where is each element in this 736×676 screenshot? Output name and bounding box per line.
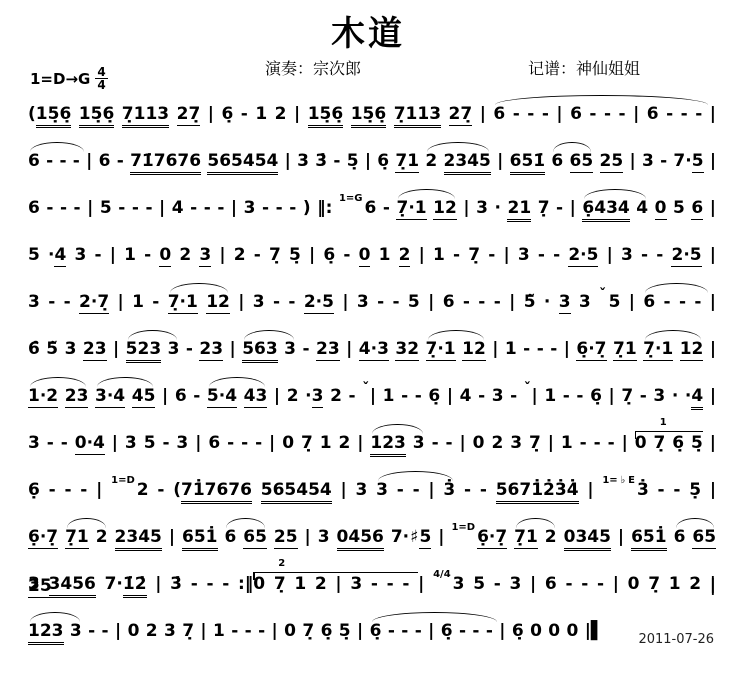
sixteenth-beam: 15̣6̣ — [79, 104, 115, 126]
eighth-beam: 3·4 — [95, 386, 125, 408]
eighth-beam: 5·4 — [207, 386, 237, 408]
eighth-beam: 7̣1 — [514, 527, 538, 549]
eighth-beam: 43 — [244, 386, 268, 408]
eighth-beam: 7̣·1 — [168, 292, 198, 314]
slur-arc: 5·4 43 — [207, 386, 267, 406]
eighth-beam: 0·4 — [75, 433, 105, 455]
eighth-beam: 5 — [419, 527, 431, 549]
eighth-beam: 23 — [199, 339, 223, 361]
volta-bracket: 10 7̣ 6̣ 5̣ — [635, 431, 703, 453]
breath-mark: ˇ — [524, 381, 532, 397]
slur-arc: 1·2 23 — [28, 386, 88, 406]
eighth-beam: 27̣ — [449, 104, 473, 126]
eighth-beam: 32 — [395, 339, 419, 361]
volta-bracket: 20 7̣ 1 2 | 3 - - - — [253, 572, 418, 594]
eighth-beam: 2·5 — [671, 245, 701, 267]
score-line-4: 5 ·4 3 - | 1 - 0 2 3 | 2 - 7̣ 5̣ | 6̣ - … — [28, 232, 716, 279]
eighth-beam: 2·5 — [568, 245, 598, 267]
sixteenth-beam: 123 — [28, 621, 64, 643]
eighth-beam: 7̣1 — [613, 339, 637, 361]
song-title: 木道 — [0, 6, 736, 55]
sixteenth-beam: 563 — [242, 339, 278, 361]
eighth-beam: 12 — [680, 339, 704, 361]
sixteenth-beam: 71̇7676 — [181, 480, 252, 502]
sixteenth-beam: 1̇2̇ — [123, 574, 147, 596]
slur-arc: 7̣1 2 — [65, 527, 107, 547]
eighth-beam: 4 — [54, 245, 66, 267]
eighth-beam: 0 — [159, 245, 171, 267]
slur-arc: 523 3 — [126, 339, 180, 359]
eighth-beam: 4·3 — [359, 339, 389, 361]
slur-arc: 6 65 — [674, 527, 716, 547]
score-line-5: 3 - - 2·7̣ | 1 - 7̣·1 12 | 3 - - 2·5 | 3… — [28, 279, 716, 326]
transcriber-credit: 记谱：神仙姐姐 — [528, 56, 640, 79]
eighth-beam: 3 — [559, 292, 571, 314]
score-line-7: 1·2 23 3·4 45 | 6 - 5·4 43 | 2 ·3 2 - ˇ|… — [28, 373, 716, 420]
breath-mark: ˇ — [599, 287, 608, 303]
eighth-beam: 23 — [83, 339, 107, 361]
score-line-11: 3 3456 7·1̇2̇ | 3̇ - - - :‖20 7̣ 1 2 | 3… — [28, 561, 716, 608]
sixteenth-beam: 651̇ — [182, 527, 218, 549]
sixteenth-beam: 15̣6̣ — [308, 104, 344, 126]
slur-arc: 6 65 — [224, 527, 266, 547]
slur-arc: 6̣434 4 — [582, 198, 648, 218]
sixteenth-beam: 71̇7676 — [130, 151, 201, 173]
key-change-label: 1=D — [111, 475, 135, 486]
eighth-beam: 0 — [359, 245, 371, 267]
sheet-music-page: { "header": { "title": "木道", "performer"… — [0, 0, 736, 676]
eighth-beam: 12 — [206, 292, 230, 314]
eighth-beam: 65 — [570, 151, 594, 173]
sixteenth-beam: 0345 — [564, 527, 611, 549]
slur-arc: 6 - - - | 6 - - - | 6 - - - — [493, 104, 709, 124]
score-line-9: 6̣ - - - | 1=D2 - (71̇7676 565454 | 3 3 … — [28, 467, 716, 514]
eighth-beam: 6̣·7̣ — [477, 527, 507, 549]
key-time-signature: 1=D→G 4 4 — [30, 66, 108, 91]
key-change-label: 4/4 — [433, 569, 451, 580]
sixteenth-beam: 6̣434 — [582, 198, 629, 220]
score-line-12: 123 3 - - | 0 2 3 7̣ | 1 - - - | 0 7̣ 6̣… — [28, 608, 716, 655]
sixteenth-beam: 7̣113 — [122, 104, 169, 126]
eighth-beam: 25 — [600, 151, 624, 173]
sixteenth-beam: 565454 — [207, 151, 278, 173]
eighth-beam: 12 — [433, 198, 457, 220]
slur-arc: 7̣·1 12 — [168, 292, 230, 312]
eighth-beam: 6̣·7̣ — [576, 339, 606, 361]
score-line-2: 6 - - - | 6 - 71̇7676 565454 | 3 3̇ - 5̣… — [28, 138, 716, 185]
breath-mark: ˇ — [362, 381, 370, 397]
key-change-label: 1=♭E — [602, 475, 635, 486]
eighth-beam: 27̣ — [177, 104, 201, 126]
eighth-beam: 7̣1 — [395, 151, 419, 173]
key-label: 1=D→G — [30, 70, 90, 88]
eighth-beam: 3 — [199, 245, 211, 267]
sixteenth-beam: 2345 — [115, 527, 162, 549]
slur-arc: 7̣1 2 — [514, 527, 556, 547]
slur-arc: 6̣ - - - | 6̣ - - - — [370, 621, 500, 641]
eighth-beam: 45 — [132, 386, 156, 408]
slur-arc: 7̣·1 12 — [643, 339, 703, 359]
eighth-beam: 3 — [312, 386, 324, 408]
sixteenth-beam: 7̣113 — [394, 104, 441, 126]
eighth-beam: 6̣·7̣ — [28, 527, 58, 549]
key-change-label: 1=G — [339, 193, 363, 204]
eighth-beam: 23 — [65, 386, 89, 408]
eighth-beam: 7̣·1 — [426, 339, 456, 361]
sixteenth-beam: 4 — [691, 386, 703, 408]
slur-arc: 2 2345 — [425, 151, 490, 171]
eighth-beam: 23 — [316, 339, 340, 361]
eighth-beam: 5 — [692, 151, 704, 173]
eighth-beam: 1·2 — [28, 386, 58, 408]
eighth-beam: 65 — [243, 527, 267, 549]
time-signature-bottom: 4 — [95, 79, 107, 91]
score-body: (15̣6̣ 15̣6̣ 7̣113 27̣ | 6̣ - 1 2 | 15̣6… — [28, 91, 716, 655]
sixteenth-beam: 565454 — [261, 480, 332, 502]
slur-arc: 7̣·1 12 — [426, 339, 486, 359]
sixteenth-beam: 523 — [126, 339, 162, 361]
eighth-beam: 0 — [655, 198, 667, 220]
sixteenth-beam: 15̣6̣ — [351, 104, 387, 126]
slur-arc: 6 - - - — [643, 292, 709, 312]
sixteenth-beam: 3456 — [49, 574, 96, 596]
score-line-6: 6̑ 5̃ 3 23 | 523 3 - 23 | 563 3 - 23 | 4… — [28, 326, 716, 373]
sixteenth-beam: 651̇ — [510, 151, 546, 173]
score-line-10: 6̣·7̣ 7̣1 2 2345 | 651̇ 6 65 25 | 3 0456… — [28, 514, 716, 561]
eighth-beam: 7̣·1 — [643, 339, 673, 361]
eighth-beam: 65 — [692, 527, 716, 549]
slur-arc: 123 3 — [370, 433, 424, 453]
eighth-beam: 2·5 — [304, 292, 334, 314]
score-line-3: 6 - - - | 5 - - - | 4 - - - | 3 - - - ) … — [28, 185, 716, 232]
score-line-1: (15̣6̣ 15̣6̣ 7̣113 27̣ | 6̣ - 1 2 | 15̣6… — [28, 91, 716, 138]
slur-arc: 3 - - | 3̇ — [376, 480, 455, 500]
key-change-label: 1=D — [451, 522, 475, 533]
sixteenth-beam: 5671̇2̇3̇4̇ — [496, 480, 579, 502]
slur-arc: 563 3 — [242, 339, 296, 359]
time-signature: 4 4 — [95, 66, 107, 91]
sixteenth-beam: 15̣6̣ — [36, 104, 72, 126]
eighth-beam: 7̣·1 — [396, 198, 426, 220]
slur-arc: 6 - - - — [28, 151, 86, 171]
eighth-beam: 7̣1 — [65, 527, 89, 549]
eighth-beam: 25 — [274, 527, 298, 549]
slur-arc: 7̣·1 12 — [396, 198, 456, 218]
slur-arc: 123 3 — [28, 621, 82, 641]
sixteenth-beam: 2345 — [444, 151, 491, 173]
sixteenth-beam: 21 — [507, 198, 531, 220]
eighth-beam: 2 — [399, 245, 411, 267]
sixteenth-beam: 0456 — [337, 527, 384, 549]
slur-arc: 6 65 — [551, 151, 593, 171]
eighth-beam: 6 — [691, 198, 703, 220]
slur-arc: 3·4 45 — [95, 386, 155, 406]
date-stamp: 2011-07-26 — [638, 632, 714, 647]
eighth-beam: 12 — [462, 339, 486, 361]
score-line-8: 3 - - 0·4 | 3 5 - 3 | 6 - - - | 0 7̣ 1 2… — [28, 420, 716, 467]
sixteenth-beam: 651̇ — [631, 527, 667, 549]
performer-credit: 演奏：宗次郎 — [265, 56, 361, 79]
sixteenth-beam: 123 — [370, 433, 406, 455]
eighth-beam: 2·7̣ — [79, 292, 109, 314]
